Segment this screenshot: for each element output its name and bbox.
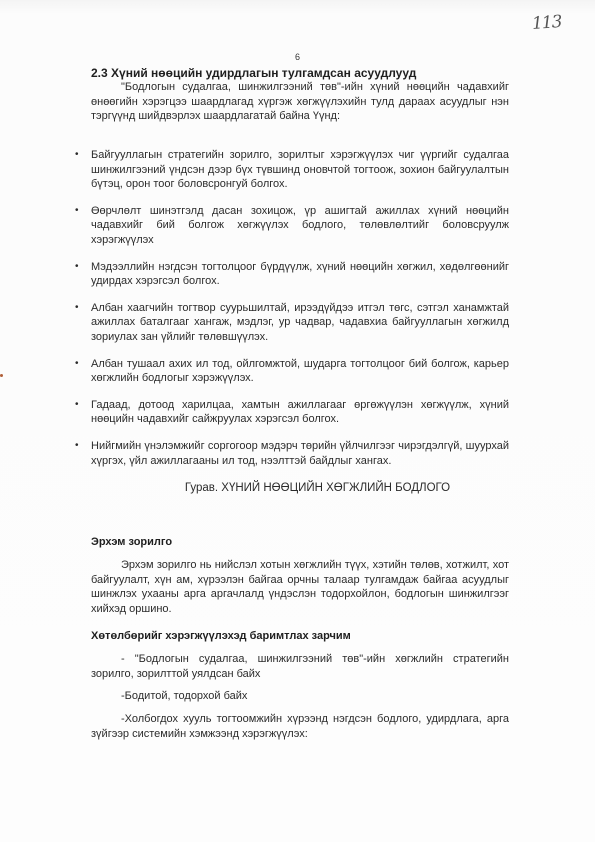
mission-paragraph: Эрхэм зорилго нь нийслэл хотын хөгжлийн … — [91, 558, 509, 616]
bullet-icon: • — [75, 148, 79, 163]
list-item-text: Өөрчлөлт шинэтгэлд дасан зохицож, үр аши… — [91, 205, 509, 246]
list-item-text: Нийгмийн үнэлэмжийг соргогоор мэдэрч төр… — [91, 440, 509, 467]
chapter-title: Гурав. ХҮНИЙ НӨӨЦИЙН ХӨГЖЛИЙН БОДЛОГО — [0, 482, 595, 494]
handwritten-page-stamp: 113 — [531, 12, 562, 34]
list-item: • Гадаад, дотоод харилцаа, хамтын ажилла… — [75, 398, 509, 427]
bullet-icon: • — [75, 260, 79, 275]
principle-item: - "Бодлогын судалгаа, шинжилгээний төв"-… — [91, 652, 509, 681]
bullet-icon: • — [75, 204, 79, 219]
list-item: • Өөрчлөлт шинэтгэлд дасан зохицож, үр а… — [75, 204, 509, 248]
list-item: • Мэдээллийн нэгдсэн тогтолцоог бүрдүүлж… — [75, 260, 509, 289]
bullet-icon: • — [75, 301, 79, 316]
bullet-icon: • — [75, 439, 79, 454]
issues-list: • Байгууллагын стратегийн зорилго, зорил… — [75, 148, 509, 468]
list-item: • Нийгмийн үнэлэмжийг соргогоор мэдэрч т… — [75, 439, 509, 468]
list-item-text: Албан тушаал ахих ил тод, ойлгомжтой, шу… — [91, 358, 509, 385]
section-heading: 2.3 Хүний нөөцийн удирдлагын тулгамдсан … — [91, 66, 416, 80]
principle-item: -Холбогдох хууль тогтоомжийн хүрээнд нэг… — [91, 712, 509, 741]
bullet-icon: • — [75, 357, 79, 372]
intro-paragraph: "Бодлогын судалгаа, шинжилгээний төв"-ий… — [91, 80, 509, 124]
principles-heading: Хөтөлбөрийг хэрэгжүүлэхэд баримтлах зарч… — [91, 630, 351, 642]
principle-item: -Бодитой, тодорхой байх — [91, 689, 509, 704]
page-number: 6 — [0, 52, 595, 62]
list-item-text: Гадаад, дотоод харилцаа, хамтын ажиллага… — [91, 399, 509, 426]
list-item: • Байгууллагын стратегийн зорилго, зорил… — [75, 148, 509, 192]
scan-mark — [0, 374, 3, 377]
list-item-text: Байгууллагын стратегийн зорилго, зорилты… — [91, 149, 509, 190]
list-item-text: Албан хаагчийн тогтвор суурьшилтай, ирээ… — [91, 302, 509, 343]
list-item: • Албан хаагчийн тогтвор суурьшилтай, ир… — [75, 301, 509, 345]
list-item: • Албан тушаал ахих ил тод, ойлгомжтой, … — [75, 357, 509, 386]
bullet-icon: • — [75, 398, 79, 413]
list-item-text: Мэдээллийн нэгдсэн тогтолцоог бүрдүүлж, … — [91, 261, 509, 288]
mission-heading: Эрхэм зорилго — [91, 536, 172, 548]
document-page: 113 6 2.3 Хүний нөөцийн удирдлагын тулга… — [0, 0, 595, 842]
